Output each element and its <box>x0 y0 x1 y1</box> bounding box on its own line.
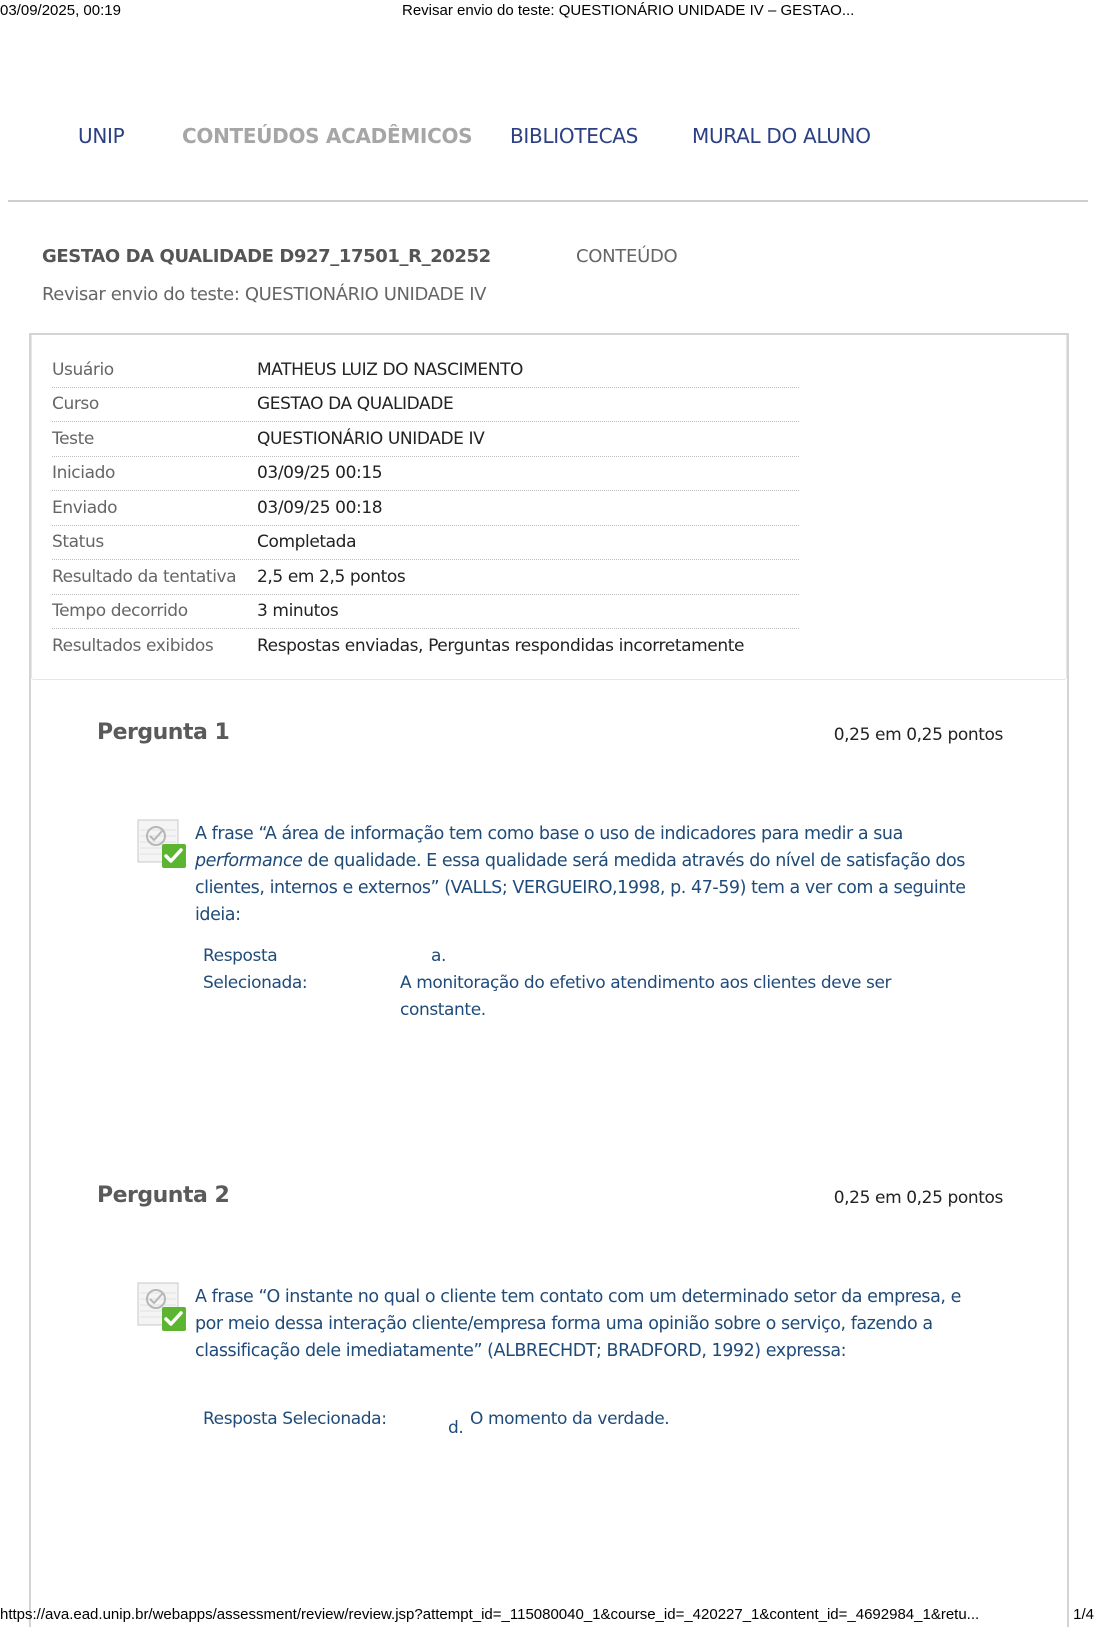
selected-answer-text: O momento da verdade. <box>470 1406 669 1433</box>
info-row-teste: Teste QUESTIONÁRIO UNIDADE IV <box>52 422 799 457</box>
info-value: 2,5 em 2,5 pontos <box>257 567 405 587</box>
info-row-enviado: Enviado 03/09/25 00:18 <box>52 491 799 526</box>
question-text-part: de qualidade. E essa qualidade será medi… <box>195 851 966 925</box>
nav-item-unip[interactable]: UNIP <box>78 124 124 148</box>
info-value: GESTAO DA QUALIDADE <box>257 394 453 414</box>
nav-item-bibliotecas[interactable]: BIBLIOTECAS <box>510 124 638 148</box>
info-label: Resultado da tentativa <box>52 567 257 587</box>
info-label: Usuário <box>52 360 257 380</box>
correct-answer-icon <box>136 1281 188 1333</box>
nav-item-mural-do-aluno[interactable]: MURAL DO ALUNO <box>692 124 871 148</box>
info-row-resultados-exibidos: Resultados exibidos Respostas enviadas, … <box>52 629 799 664</box>
print-footer: https://ava.ead.unip.br/webapps/assessme… <box>0 1606 1096 1626</box>
print-page-title: Revisar envio do teste: QUESTIONÁRIO UNI… <box>402 2 854 19</box>
info-value: Respostas enviadas, Perguntas respondida… <box>257 636 744 656</box>
answer-letter: a. <box>431 943 446 970</box>
question-title: Pergunta 2 <box>97 1183 229 1208</box>
course-title[interactable]: GESTAO DA QUALIDADE D927_17501_R_20252 <box>42 246 491 267</box>
info-label: Tempo decorrido <box>52 601 257 621</box>
print-datetime: 03/09/2025, 00:19 <box>0 2 121 19</box>
info-label: Status <box>52 532 257 552</box>
question-title: Pergunta 1 <box>97 720 229 745</box>
question-1-text: A frase “A área de informação tem como b… <box>195 821 975 929</box>
info-value: Completada <box>257 532 356 552</box>
info-value: QUESTIONÁRIO UNIDADE IV <box>257 429 484 449</box>
page-title: Revisar envio do teste: QUESTIONÁRIO UNI… <box>42 284 486 305</box>
answer-label-line: Selecionada: <box>203 970 307 997</box>
nav-divider <box>8 200 1088 202</box>
print-page-number: 1/4 <box>1073 1606 1094 1623</box>
info-row-tempo: Tempo decorrido 3 minutos <box>52 595 799 630</box>
info-row-status: Status Completada <box>52 526 799 561</box>
info-value: MATHEUS LUIZ DO NASCIMENTO <box>257 360 523 380</box>
info-row-iniciado: Iniciado 03/09/25 00:15 <box>52 457 799 492</box>
attempt-info-table: Usuário MATHEUS LUIZ DO NASCIMENTO Curso… <box>52 353 799 664</box>
question-1-header: Pergunta 1 0,25 em 0,25 pontos <box>97 720 1003 754</box>
info-row-curso: Curso GESTAO DA QUALIDADE <box>52 388 799 423</box>
info-row-usuario: Usuário MATHEUS LUIZ DO NASCIMENTO <box>52 353 799 388</box>
info-value: 03/09/25 00:15 <box>257 463 382 483</box>
info-label: Curso <box>52 394 257 414</box>
info-value: 3 minutos <box>257 601 338 621</box>
nav-item-conteudos-academicos[interactable]: CONTEÚDOS ACADÊMICOS <box>182 124 472 148</box>
info-row-resultado: Resultado da tentativa 2,5 em 2,5 pontos <box>52 560 799 595</box>
answer-label-line: Resposta <box>203 943 307 970</box>
info-label: Resultados exibidos <box>52 636 257 656</box>
selected-answer-text: A monitoração do efetivo atendimento aos… <box>400 970 980 1024</box>
answer-label: Resposta Selecionada: <box>203 1406 387 1433</box>
question-2-header: Pergunta 2 0,25 em 0,25 pontos <box>97 1183 1003 1217</box>
info-value: 03/09/25 00:18 <box>257 498 382 518</box>
info-label: Enviado <box>52 498 257 518</box>
correct-answer-icon <box>136 818 188 870</box>
question-points: 0,25 em 0,25 pontos <box>834 1188 1003 1208</box>
question-text-italic: performance <box>195 851 302 871</box>
print-url: https://ava.ead.unip.br/webapps/assessme… <box>0 1606 979 1623</box>
question-2-text: A frase “O instante no qual o cliente te… <box>195 1284 975 1365</box>
question-points: 0,25 em 0,25 pontos <box>834 725 1003 745</box>
info-label: Teste <box>52 429 257 449</box>
question-text-part: A frase “A área de informação tem como b… <box>195 824 903 844</box>
print-header: 03/09/2025, 00:19 Revisar envio do teste… <box>0 2 1096 22</box>
answer-letter: d. <box>448 1415 463 1442</box>
content-link[interactable]: CONTEÚDO <box>576 246 677 267</box>
answer-label: Resposta Selecionada: <box>203 943 307 997</box>
info-label: Iniciado <box>52 463 257 483</box>
